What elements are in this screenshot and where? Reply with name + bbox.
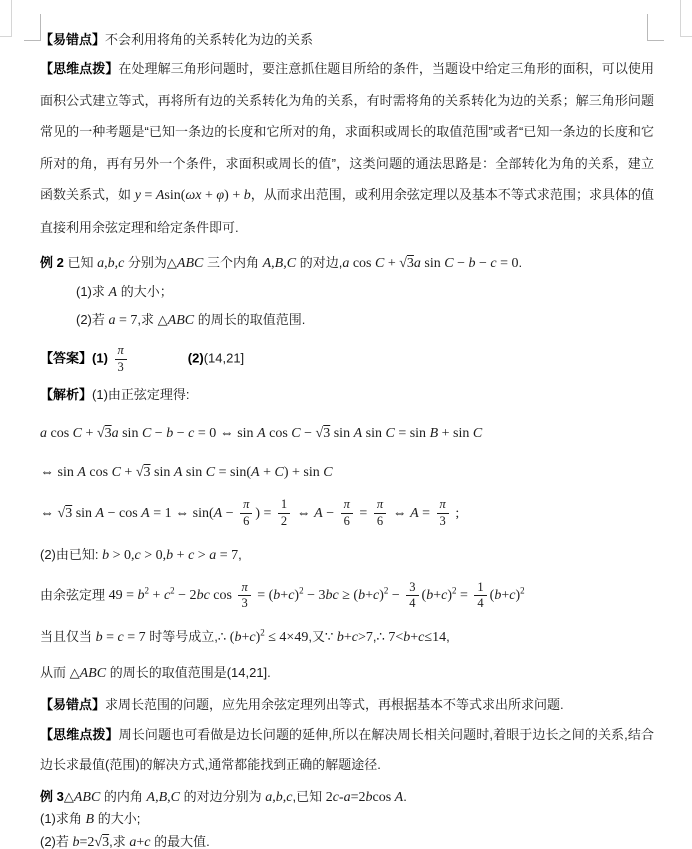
example-2-question-1: (1)求 A 的大小； xyxy=(40,278,654,306)
known-conditions: (2)由已知: b > 0,c > 0,b + c > a = 7, xyxy=(40,541,654,569)
margin-crop-mark-left xyxy=(24,14,41,41)
equality-condition: 当且仅当 b = c = 7 时等号成立,∴ (b+c)2 ≤ 4×49,又∵ … xyxy=(40,623,654,651)
example-3-question-1: (1)求角 B 的大小; xyxy=(40,808,654,831)
formula-line-3: ⇔ √3 sin A − cos A = 1 ⇔ sin(A − π6) = 1… xyxy=(40,497,654,529)
page-edge-mark-left xyxy=(0,0,12,37)
answer-line: 【答案】(1) π3(2)(14,21] xyxy=(40,343,654,375)
example-2-question-2: (2)若 a = 7,求 △ABC 的周长的取值范围. xyxy=(40,306,654,334)
thinking-tip-2: 【思维点拨】周长问题也可看做是边长问题的延伸,所以在解决周长相关问题时,着眼于边… xyxy=(40,720,654,780)
thinking-tip-1: 【思维点拨】在处理解三角形问题时，要注意抓住题目所给的条件，当题设中给定三角形的… xyxy=(40,53,654,243)
formula-line-1: a cos C + √3a sin C − b − c = 0 ⇔ sin A … xyxy=(40,419,654,447)
document-page: { "page": { "background": "#ffffff", "te… xyxy=(0,0,692,849)
conclusion: 从而 △ABC 的周长的取值范围是(14,21]. xyxy=(40,659,654,687)
example-3-statement: 例 3△ABC 的内角 A,B,C 的对边分别为 a,b,c,已知 2c-a=2… xyxy=(40,786,654,809)
page-edge-mark-right xyxy=(680,0,692,37)
analysis-header: 【解析】(1)由正弦定理得: xyxy=(40,381,654,408)
error-point-1: 【易错点】不会利用将角的关系转化为边的关系 xyxy=(40,26,654,53)
example-3-question-2: (2)若 b=2√3,求 a+c 的最大值. xyxy=(40,831,654,849)
example-2-statement: 例 2 已知 a,b,c 分别为△ABC 三个内角 A,B,C 的对边,a co… xyxy=(40,248,654,278)
error-point-2: 【易错点】求周长范围的问题，应先用余弦定理列出等式，再根据基本不等式求出所求问题… xyxy=(40,691,654,718)
cosine-rule-line: 由余弦定理 49 = b2 + c2 − 2bc cos π3 = (b+c)2… xyxy=(40,580,654,612)
formula-line-2: ⇔ sin A cos C + √3 sin A sin C = sin(A +… xyxy=(40,458,654,486)
document-body: 【易错点】不会利用将角的关系转化为边的关系 【思维点拨】在处理解三角形问题时，要… xyxy=(40,26,654,849)
